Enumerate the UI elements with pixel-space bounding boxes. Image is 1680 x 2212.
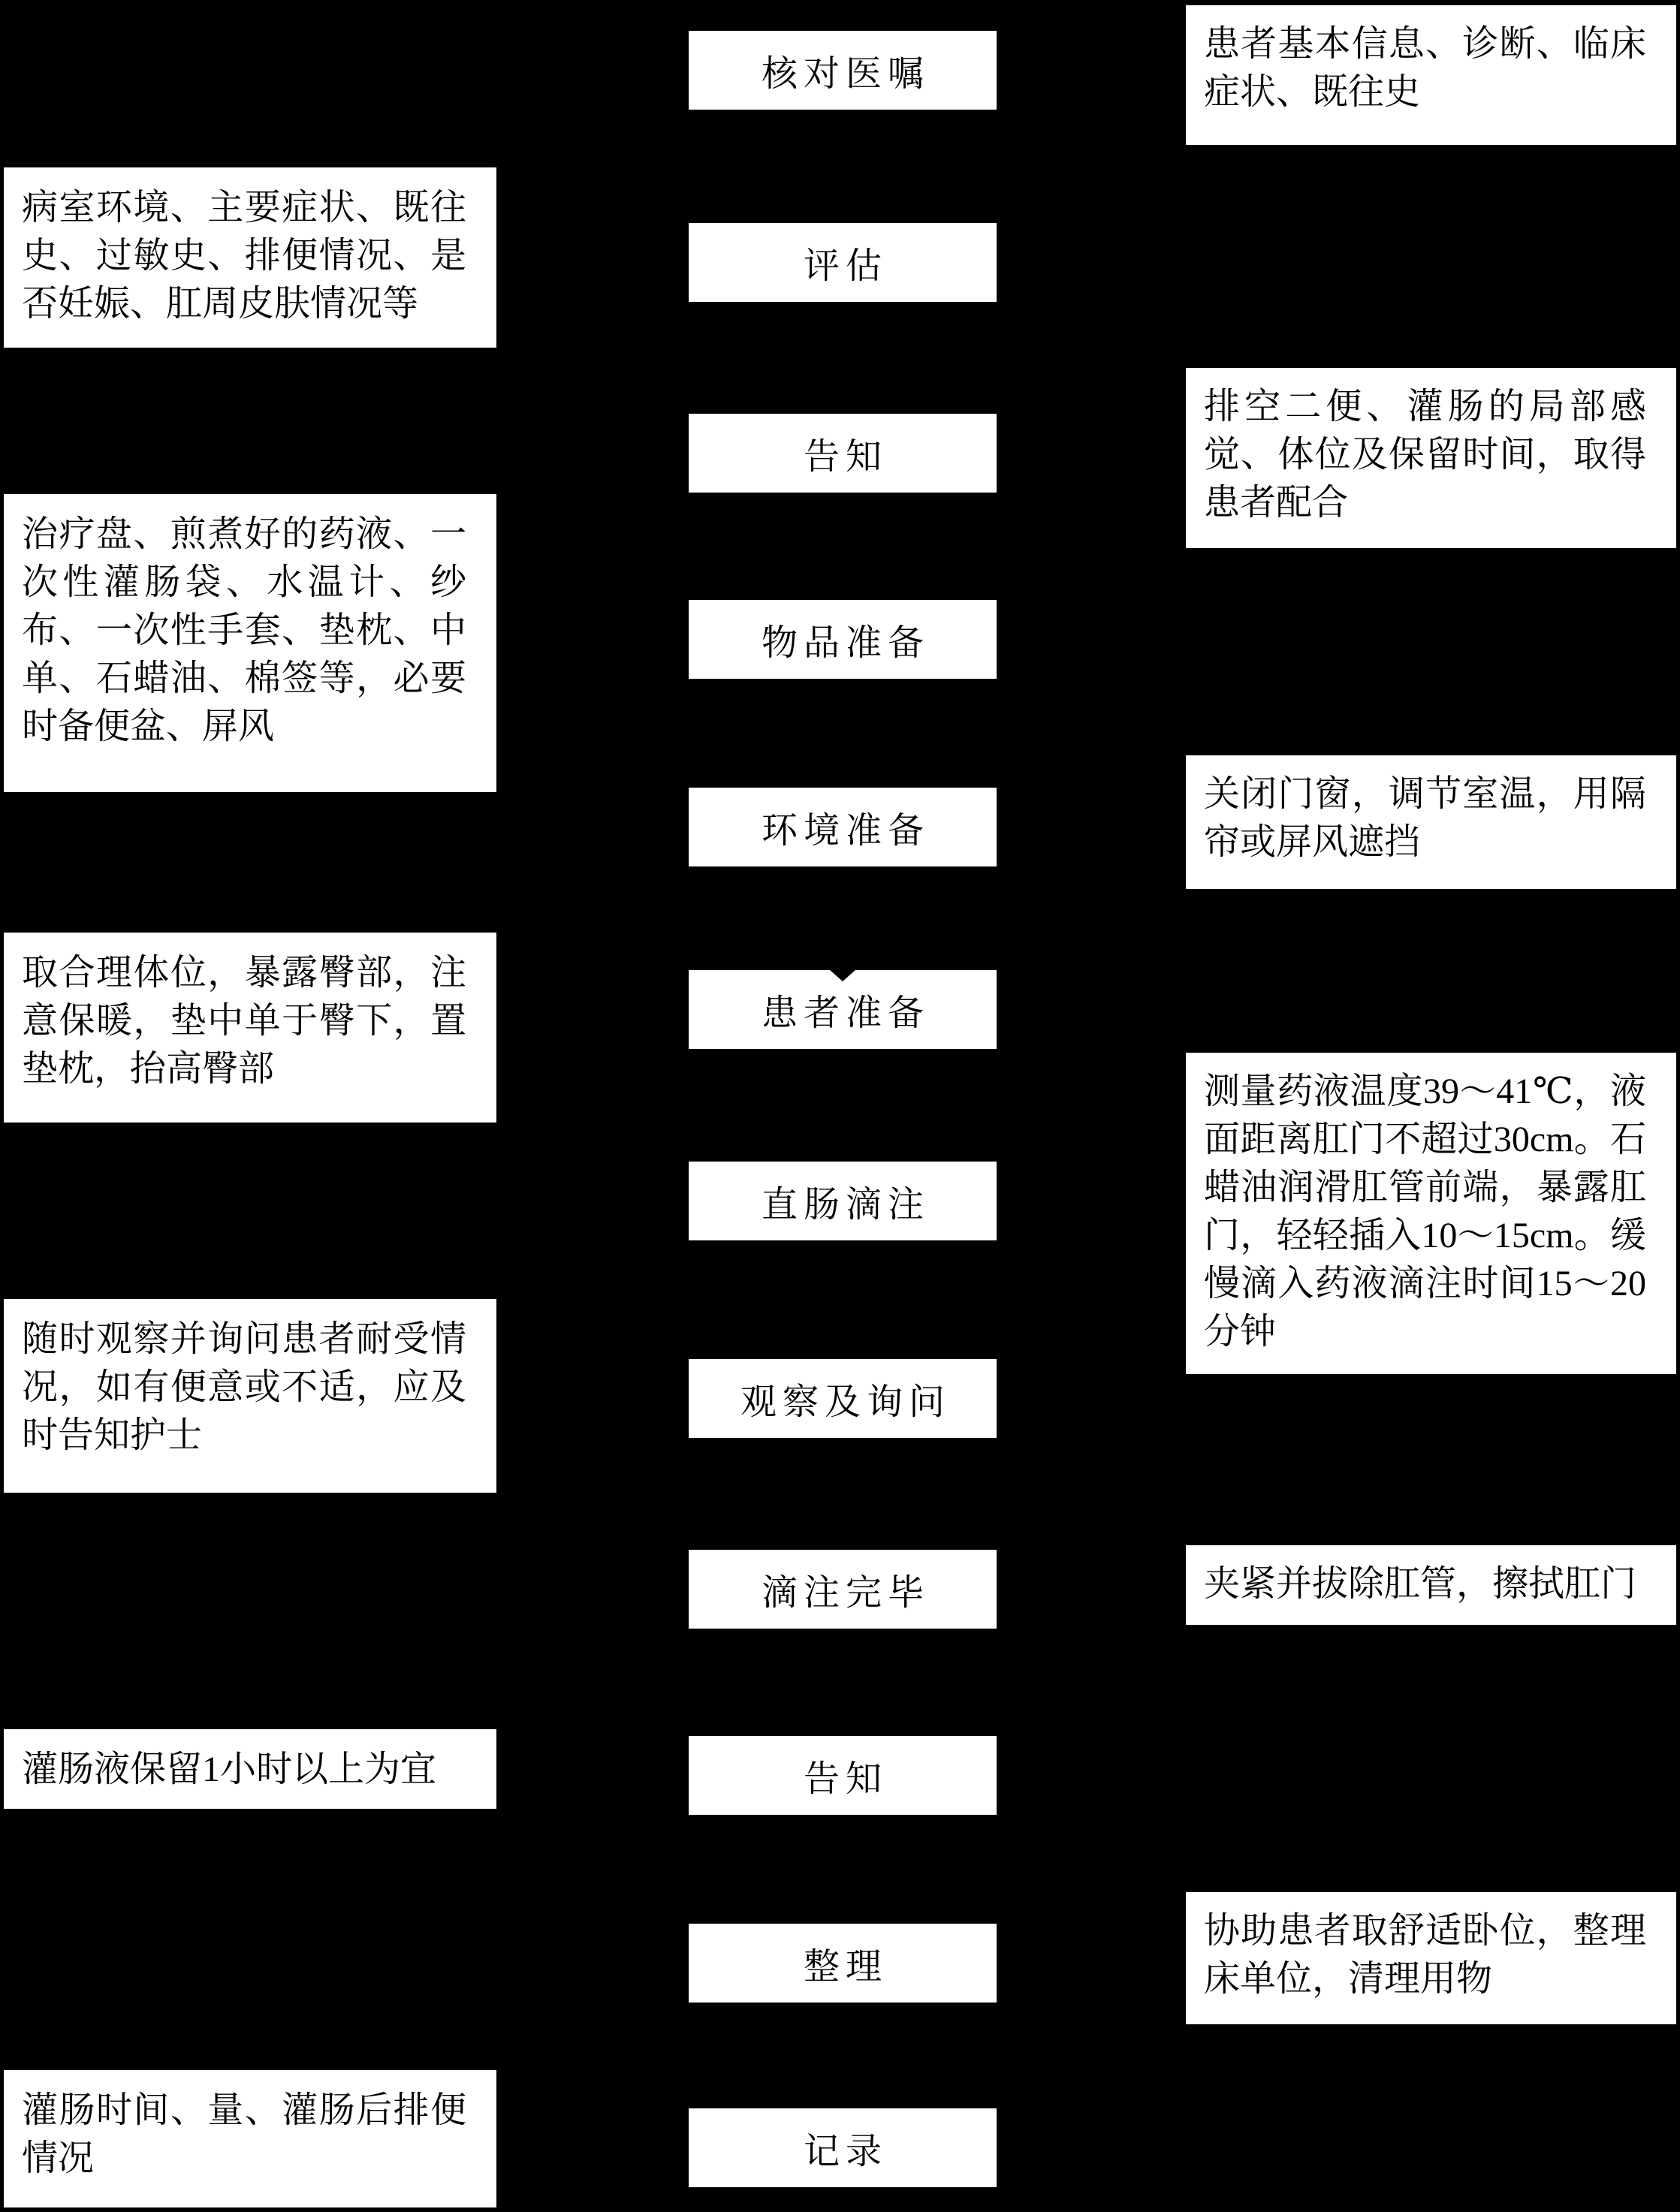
- note-retention-time: 灌肠液保留1小时以上为宜: [4, 1729, 496, 1809]
- note-inform-content: 排空二便、灌肠的局部感觉、体位及保留时间，取得患者配合: [1186, 368, 1676, 548]
- step-verify-doctor-order: 核对医嘱: [689, 31, 997, 110]
- step-rectal-drip: 直肠滴注: [689, 1162, 997, 1240]
- note-tidy-up-detail: 协助患者取舒适卧位，整理床单位，清理用物: [1186, 1892, 1676, 2024]
- note-record-content: 灌肠时间、量、灌肠后排便情况: [4, 2070, 496, 2207]
- step-inform-after: 告知: [689, 1736, 997, 1815]
- step-record: 记录: [689, 2108, 997, 2187]
- step-patient-preparation-label: 患者准备: [756, 984, 930, 1035]
- arrowhead-down-icon: [829, 969, 856, 981]
- note-drip-operation-detail: 测量药液温度39～41℃，液面距离肛门不超过30cm。石蜡油润滑肛管前端，暴露肛…: [1186, 1053, 1676, 1374]
- step-observe-and-ask: 观察及询问: [689, 1359, 997, 1438]
- note-assessment-items: 病室环境、主要症状、既往史、过敏史、排便情况、是否妊娠、肛周皮肤情况等: [4, 167, 496, 348]
- step-assessment: 评估: [689, 223, 997, 302]
- note-supplies-list: 治疗盘、煎煮好的药液、一次性灌肠袋、水温计、纱布、一次性手套、垫枕、中单、石蜡油…: [4, 494, 496, 792]
- step-patient-preparation: 患者准备: [689, 970, 997, 1049]
- note-environment-detail: 关闭门窗，调节室温，用隔帘或屏风遮挡: [1186, 755, 1676, 889]
- step-environment-preparation: 环境准备: [689, 788, 997, 866]
- step-inform: 告知: [689, 414, 997, 493]
- note-tube-removal: 夹紧并拔除肛管，擦拭肛门: [1186, 1545, 1676, 1625]
- note-observation-detail: 随时观察并询问患者耐受情况，如有便意或不适，应及时告知护士: [4, 1299, 496, 1493]
- step-tidy-up: 整理: [689, 1924, 997, 2003]
- flowchart-canvas: { "colors": { "background": "#000000", "…: [0, 0, 1680, 2212]
- note-patient-position: 取合理体位，暴露臀部，注意保暖，垫中单于臀下，置垫枕，抬高臀部: [4, 933, 496, 1123]
- step-drip-finished: 滴注完毕: [689, 1550, 997, 1629]
- note-patient-basic-info: 患者基本信息、诊断、临床症状、既往史: [1186, 5, 1676, 145]
- step-supplies-preparation: 物品准备: [689, 600, 997, 679]
